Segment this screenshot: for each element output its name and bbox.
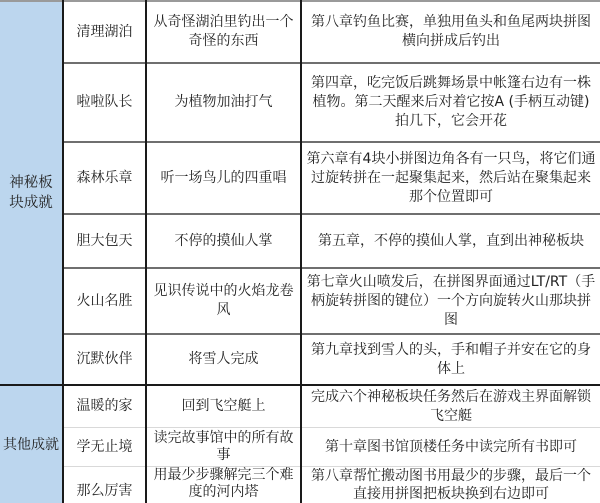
- achievement-name: 啦啦队长: [64, 64, 145, 141]
- achievement-name: 沉默伙伴: [64, 335, 145, 384]
- achievement-name: 火山名胜: [64, 269, 145, 333]
- achievement-condition: 听一场鸟儿的四重唱: [147, 143, 300, 213]
- achievement-method: 第十章图书馆顶楼任务中读完所有书即可: [302, 428, 600, 466]
- achievement-condition: 见识传说中的火焰龙卷风: [147, 269, 300, 333]
- achievement-method: 第五章，不停的摸仙人掌，直到出神秘板块: [302, 215, 600, 267]
- category-label: 其他成就: [3, 435, 59, 455]
- achievement-method: 第八章钓鱼比赛，单独用鱼头和鱼尾两块拼图横向拼成后钓出: [302, 2, 600, 62]
- achievement-method: 第四章，吃完饭后跳舞场景中帐篷右边有一株植物。第二天醒来后对着它按A (手柄互动…: [302, 64, 600, 141]
- achievement-condition: 回到飞空艇上: [147, 386, 300, 427]
- achievement-method: 第八章帮忙搬动图书用最少的步骤，最后一个直接用拼图把板块换到右边即可: [302, 467, 600, 503]
- achievements-table: 神秘板块成就 其他成就 清理湖泊 从奇怪湖泊里钓出一个奇怪的东西 第八章钓鱼比赛…: [0, 0, 600, 503]
- achievement-method: 完成六个神秘板块任务然后在游戏主界面解锁飞空艇: [302, 386, 600, 427]
- achievement-condition: 将雪人完成: [147, 335, 300, 384]
- achievement-method: 第七章火山喷发后，在拼图界面通过LT/RT（手柄旋转拼图的键位）一个方向旋转火山…: [302, 269, 600, 333]
- achievement-method: 第九章找到雪人的头，手和帽子并安在它的身体上: [302, 335, 600, 384]
- achievement-condition: 不停的摸仙人掌: [147, 215, 300, 267]
- achievement-method: 第六章有4块小拼图边角各有一只鸟，将它们通过旋转拼在一起聚集起来，然后站在聚集起…: [302, 143, 600, 213]
- achievement-name: 胆大包天: [64, 215, 145, 267]
- achievement-condition: 读完故事馆中的所有故事: [147, 428, 300, 466]
- achievement-name: 清理湖泊: [64, 2, 145, 62]
- achievement-condition: 为植物加油打气: [147, 64, 300, 141]
- category-cell-other: 其他成就: [0, 386, 62, 503]
- achievement-name: 森林乐章: [64, 143, 145, 213]
- column-divider: [145, 0, 147, 503]
- column-divider: [62, 0, 64, 503]
- achievement-name: 学无止境: [64, 428, 145, 466]
- achievement-name: 温暖的家: [64, 386, 145, 427]
- achievement-name: 那么厉害: [64, 467, 145, 503]
- category-label: 神秘板块成就: [4, 173, 58, 213]
- column-divider: [300, 0, 302, 503]
- achievement-condition: 从奇怪湖泊里钓出一个奇怪的东西: [147, 2, 300, 62]
- category-cell-mystery: 神秘板块成就: [0, 2, 62, 384]
- achievement-condition: 用最少步骤解完三个难度的河内塔: [147, 467, 300, 503]
